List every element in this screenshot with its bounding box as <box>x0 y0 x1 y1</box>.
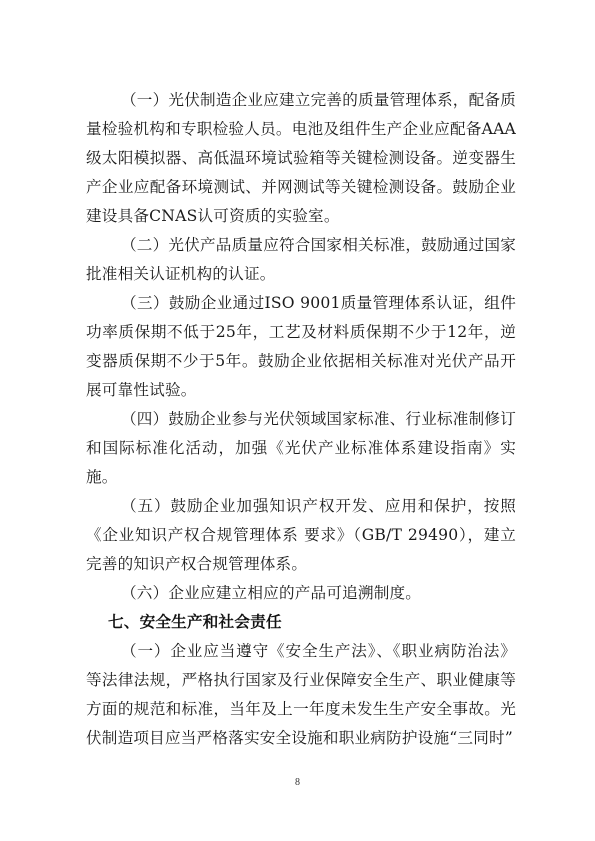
paragraph-standards: （四）鼓励企业参与光伏领域国家标准、行业标准制修订和国际标准化活动，加强《光伏产… <box>86 405 516 492</box>
paragraph-safety-laws: （一）企业应当遵守《安全生产法》、《职业病防治法》等法律法规，严格执行国家及行业… <box>86 637 516 753</box>
paragraph-iso-warranty: （三）鼓励企业通过ISO 9001质量管理体系认证，组件功率质保期不低于25年，… <box>86 289 516 405</box>
paragraph-intellectual-property: （五）鼓励企业加强知识产权开发、应用和保护，按照《企业知识产权合规管理体系 要求… <box>86 492 516 579</box>
paragraph-quality-system: （一）光伏制造企业应建立完善的质量管理体系，配备质量检验机构和专职检验人员。电池… <box>86 86 516 231</box>
section-heading-safety: 七、安全生产和社会责任 <box>86 608 516 637</box>
paragraph-product-quality: （二）光伏产品质量应符合国家相关标准，鼓励通过国家批准相关认证机构的认证。 <box>86 231 516 289</box>
document-body: （一）光伏制造企业应建立完善的质量管理体系，配备质量检验机构和专职检验人员。电池… <box>86 86 516 753</box>
document-page: （一）光伏制造企业应建立完善的质量管理体系，配备质量检验机构和专职检验人员。电池… <box>0 0 595 841</box>
paragraph-traceability: （六）企业应建立相应的产品可追溯制度。 <box>86 579 516 608</box>
page-number: 8 <box>0 777 595 788</box>
